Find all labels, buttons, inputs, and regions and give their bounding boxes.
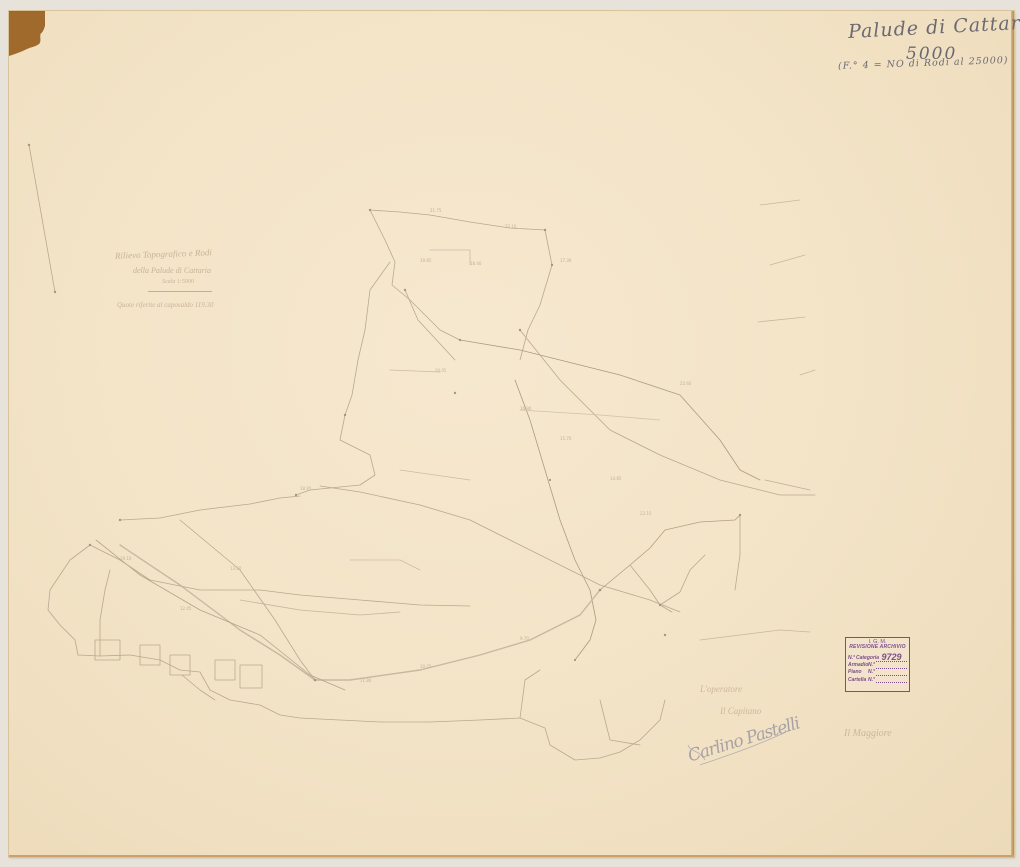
- svg-text:19.10: 19.10: [120, 556, 132, 561]
- legend-subtitle: della Palude di Cattaria: [133, 266, 211, 275]
- svg-text:19.85: 19.85: [420, 258, 432, 263]
- capitano-label: Il Capitano: [720, 706, 761, 716]
- svg-text:21.75: 21.75: [430, 208, 442, 213]
- stamp-row-categoria: N.° Categoria 9729: [848, 653, 907, 662]
- stamp-row-cartella: Cartella N.°: [848, 678, 907, 684]
- stamp-category-number: 9729: [876, 653, 907, 662]
- archive-stamp: I. G. M. REVISIONE ARCHIVIO N.° Categori…: [845, 637, 910, 692]
- svg-text:22.60: 22.60: [680, 381, 692, 386]
- stamp-row-armadio: Armadio N.°: [848, 663, 907, 669]
- svg-text:12.45: 12.45: [180, 606, 192, 611]
- svg-text:13.60: 13.60: [230, 566, 242, 571]
- legend-datum-note: Quote riferite al caposaldo 119.30: [117, 301, 214, 309]
- svg-text:10.25: 10.25: [420, 664, 432, 669]
- svg-text:11.80: 11.80: [360, 678, 372, 683]
- legend-scale: Scala 1:5000: [162, 279, 194, 285]
- legend-divider: [148, 291, 212, 292]
- svg-text:14.85: 14.85: [610, 476, 622, 481]
- operatore-label: L'operatore: [700, 684, 742, 694]
- stamp-row-piano: Piano N.°: [848, 670, 907, 676]
- svg-text:23.15: 23.15: [640, 511, 652, 516]
- svg-text:22.10: 22.10: [505, 224, 517, 229]
- stamp-title: REVISIONE ARCHIVIO: [848, 645, 907, 651]
- svg-text:18.95: 18.95: [300, 486, 312, 491]
- svg-text:17.30: 17.30: [560, 258, 572, 263]
- svg-text:15.70: 15.70: [560, 436, 572, 441]
- svg-text:18.40: 18.40: [470, 261, 482, 266]
- maggiore-label: Il Maggiore: [844, 728, 892, 739]
- svg-text:9.70: 9.70: [520, 636, 529, 641]
- svg-text:20.05: 20.05: [435, 368, 447, 373]
- svg-text:16.90: 16.90: [520, 406, 532, 411]
